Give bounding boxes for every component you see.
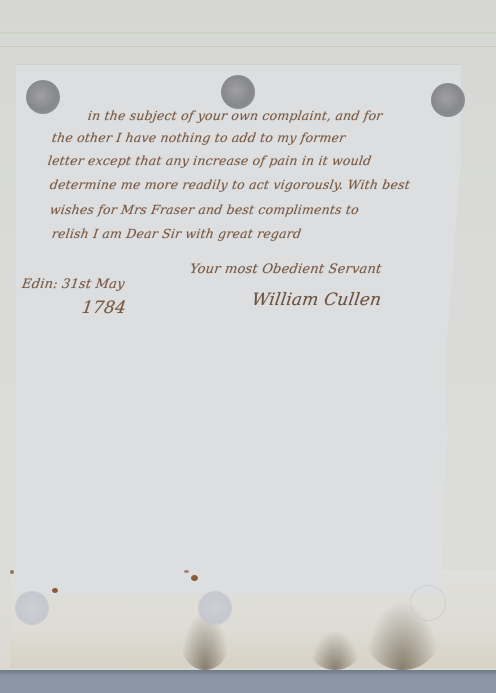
foxing-stain bbox=[310, 630, 360, 670]
fold-line bbox=[0, 46, 496, 47]
letter-closing: Your most Obedient Servant bbox=[189, 262, 383, 277]
letter-line: in the subject of your own complaint, an… bbox=[87, 108, 384, 123]
letter-line: the other I have nothing to add to my fo… bbox=[51, 130, 347, 145]
letter-line: letter except that any increase of pain … bbox=[47, 153, 373, 168]
seal-mark-faded bbox=[15, 591, 49, 625]
seal-mark-faded bbox=[198, 591, 232, 625]
scanner-bed bbox=[0, 670, 496, 693]
letter-line: determine me more readily to act vigorou… bbox=[49, 177, 411, 192]
ink-spot bbox=[191, 575, 198, 581]
signature: William Cullen bbox=[251, 290, 383, 310]
ink-spot bbox=[10, 570, 14, 574]
letter-line: wishes for Mrs Fraser and best complimen… bbox=[49, 202, 360, 217]
ink-spot bbox=[52, 588, 58, 593]
place-date: Edin: 31st May bbox=[21, 277, 126, 292]
seal-mark bbox=[221, 75, 255, 109]
seal-mark bbox=[431, 83, 465, 117]
seal-mark-ghost bbox=[410, 585, 446, 621]
seal-mark bbox=[26, 80, 60, 114]
letter-line: relish I am Dear Sir with great regard bbox=[51, 226, 302, 241]
year: 1784 bbox=[81, 298, 128, 318]
fold-line bbox=[0, 32, 496, 35]
ink-spot bbox=[184, 570, 189, 573]
